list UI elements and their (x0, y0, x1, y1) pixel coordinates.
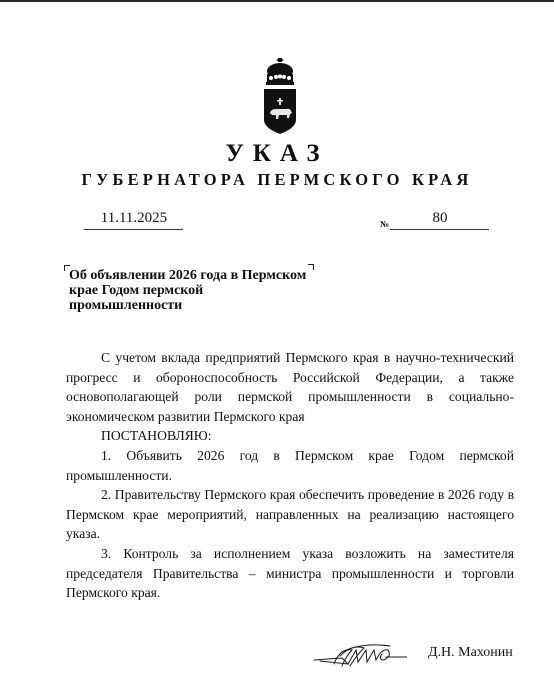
number-underline (390, 229, 489, 230)
decree-item-1: 1. Объявить 2026 год в Пермском крае Год… (66, 446, 514, 485)
document-issuer: ГУБЕРНАТОРА ПЕРМСКОГО КРАЯ (0, 170, 554, 190)
heading-line-2: крае Годом пермской промышленности (69, 283, 319, 313)
document-number: 80 (390, 210, 490, 227)
coat-of-arms-emblem (255, 56, 305, 136)
signer-name: Д.Н. Махонин (428, 645, 513, 661)
number-sign: № (380, 219, 389, 229)
preamble-paragraph: С учетом вклада предприятий Пермского кр… (66, 348, 514, 426)
heading-line-1: Об объявлении 2026 года в Пермском (69, 268, 306, 283)
decree-item-3: 3. Контроль за исполнением указа возложи… (66, 544, 514, 603)
decree-word: ПОСТАНОВЛЯЮ: (66, 426, 514, 446)
signature-image (312, 638, 407, 678)
decree-item-2: 2. Правительству Пермского края обеспечи… (66, 485, 514, 544)
top-edge-border (0, 0, 554, 2)
document-date: 11.11.2025 (85, 210, 183, 227)
date-underline (84, 229, 183, 230)
document-body: С учетом вклада предприятий Пермского кр… (66, 348, 514, 603)
document-heading: Об объявлении 2026 года в Пермском крае … (69, 268, 319, 313)
document-title: УКАЗ (0, 140, 554, 168)
